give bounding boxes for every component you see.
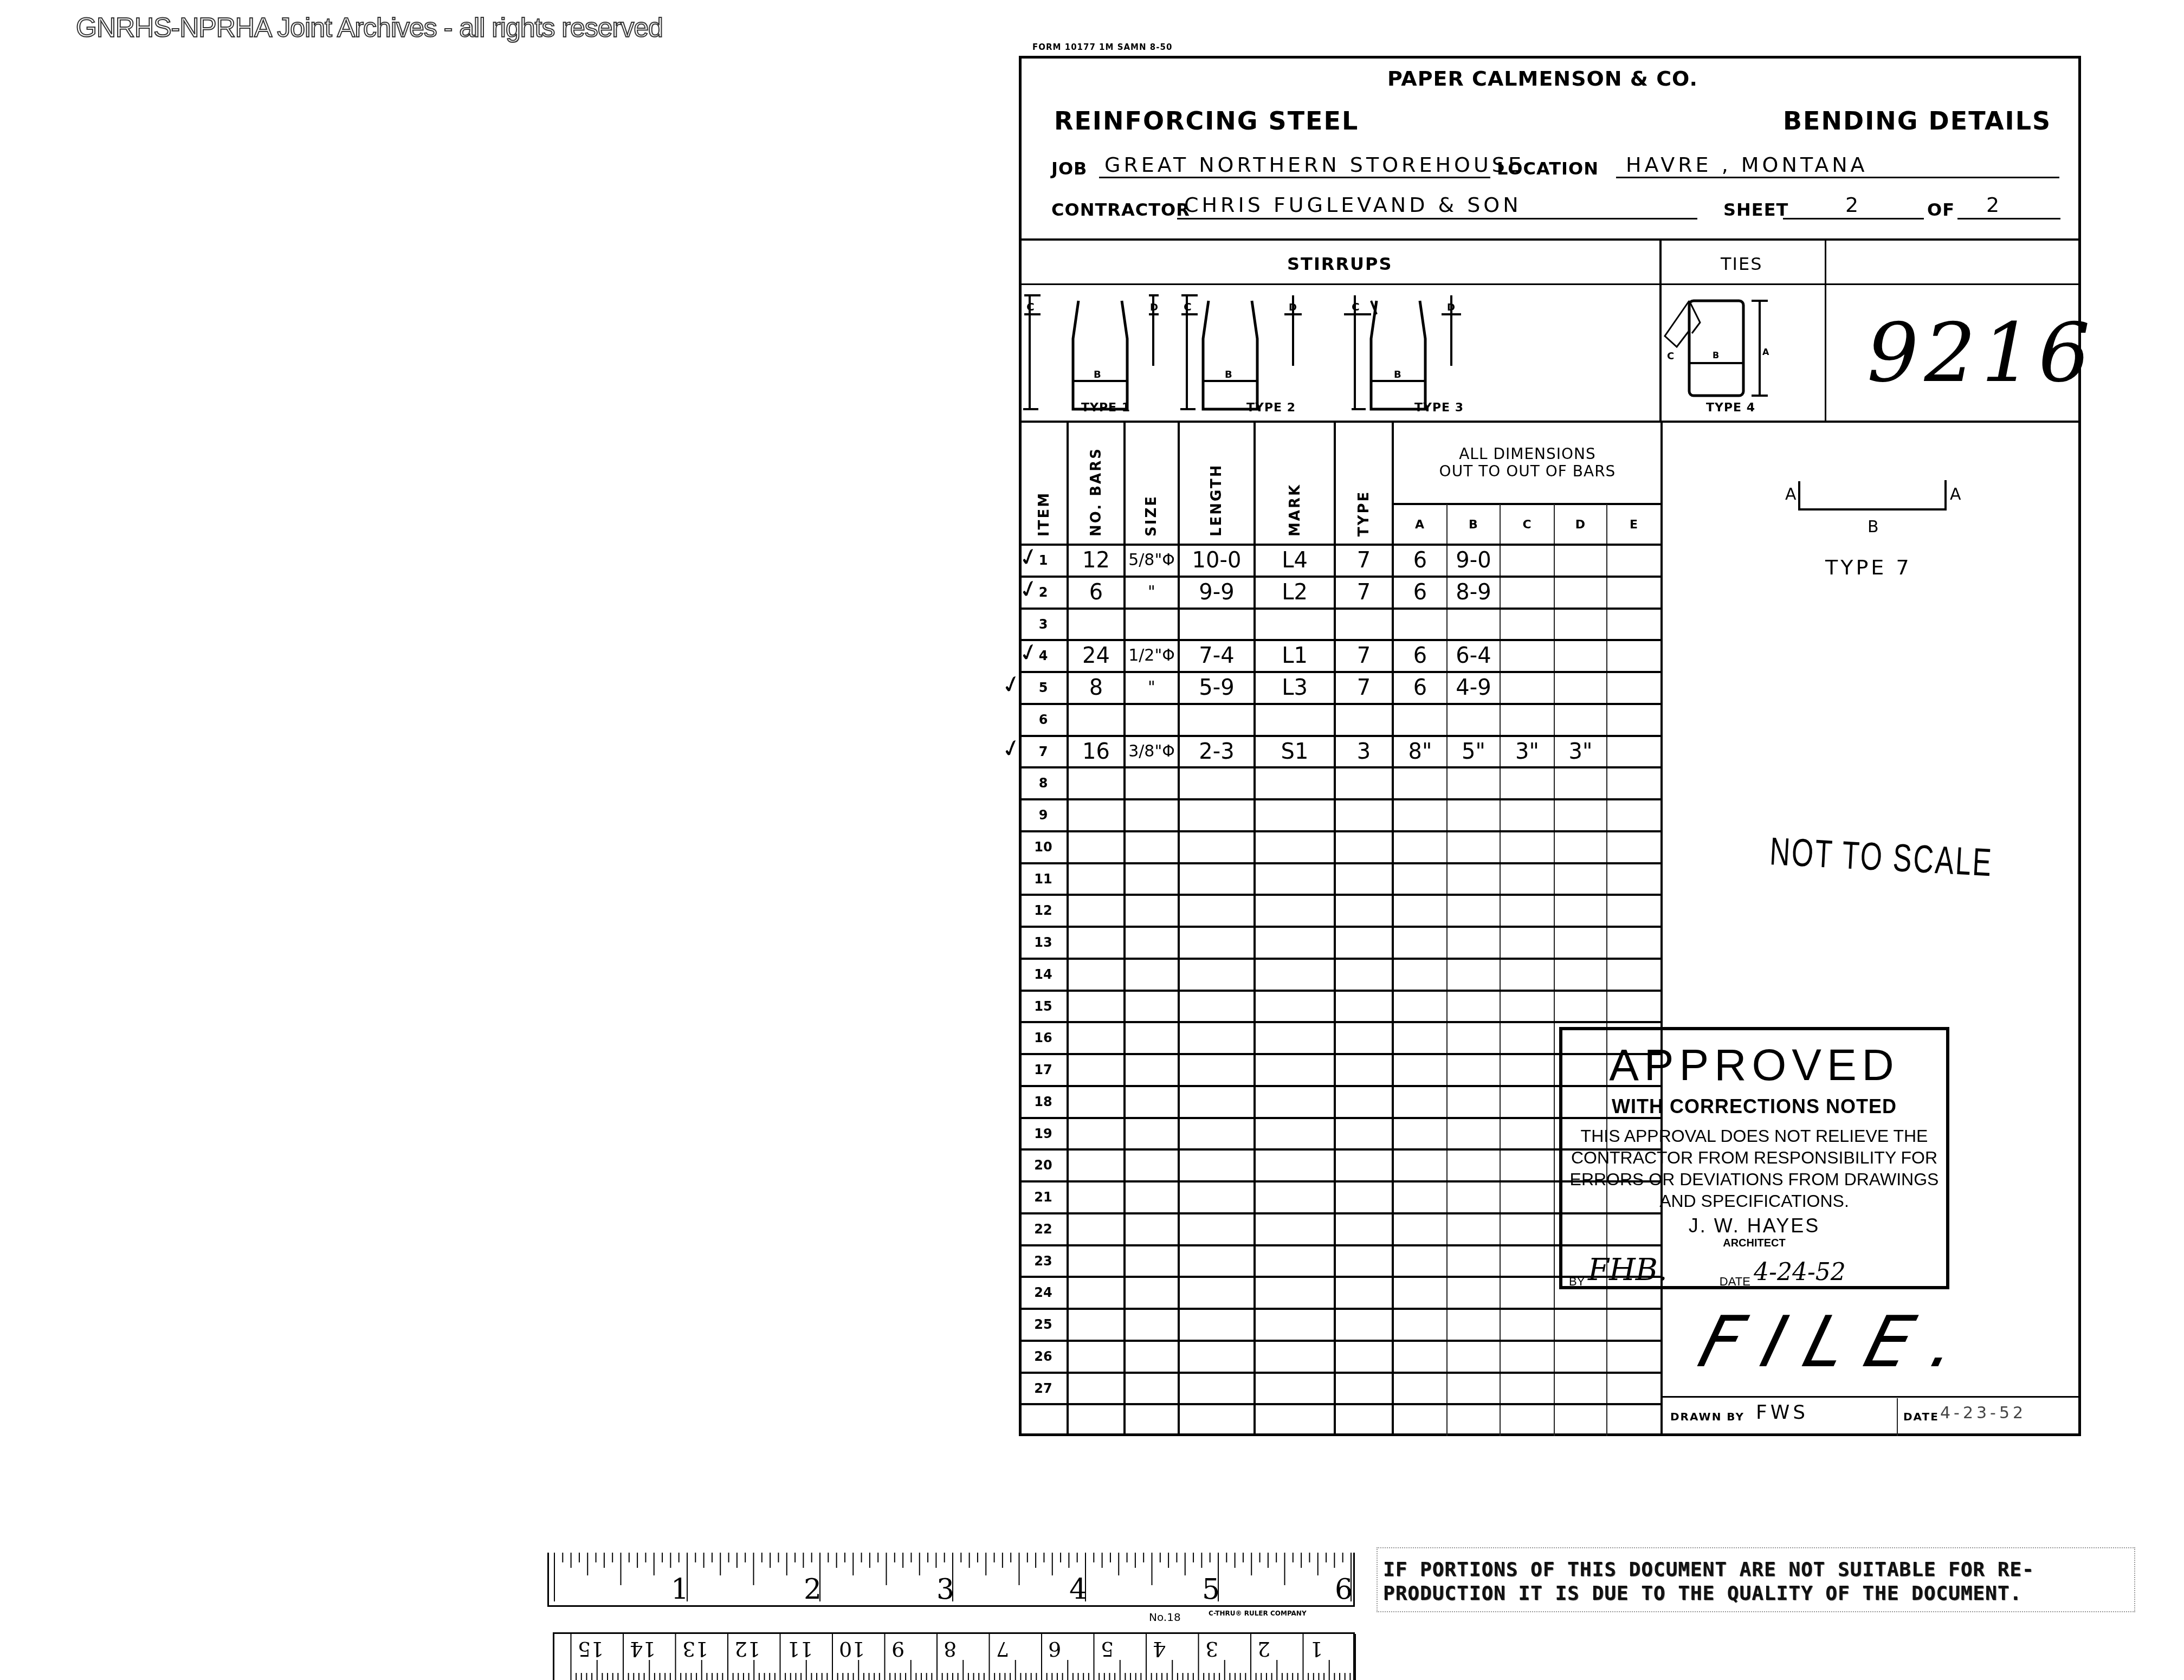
svg-text:A: A — [1950, 485, 1961, 504]
cell-length[interactable] — [1180, 609, 1253, 639]
cell-b[interactable]: 6-4 — [1448, 640, 1500, 671]
contractor-label: CONTRACTOR — [1051, 199, 1190, 220]
cell-bars[interactable] — [1069, 1054, 1123, 1085]
cell-b[interactable] — [1448, 895, 1500, 926]
cell-size[interactable]: 1/2"Φ — [1126, 640, 1178, 671]
cell-c[interactable] — [1501, 991, 1554, 1022]
cell-length[interactable] — [1180, 831, 1253, 862]
cell-b[interactable] — [1448, 863, 1500, 894]
cell-b[interactable] — [1448, 1054, 1500, 1085]
cell-d[interactable] — [1555, 609, 1606, 639]
cell-a[interactable] — [1394, 1054, 1446, 1085]
disclaimer-line: CONTRACTOR FROM RESPONSIBILITY FOR — [1562, 1147, 1946, 1168]
cell-c[interactable] — [1501, 1245, 1554, 1276]
cell-bars[interactable] — [1069, 1022, 1123, 1053]
cell-bars[interactable] — [1069, 767, 1123, 798]
archive-watermark: GNRHS-NPRHA Joint Archives - all rights … — [76, 12, 663, 43]
cell-item: 7 — [1020, 736, 1067, 767]
cell-b[interactable]: 8-9 — [1448, 577, 1500, 608]
cell-length[interactable] — [1180, 1054, 1253, 1085]
cell-b[interactable] — [1448, 1086, 1500, 1117]
cell-length[interactable] — [1180, 1022, 1253, 1053]
cell-e[interactable] — [1607, 1373, 1660, 1404]
cell-length[interactable] — [1180, 767, 1253, 798]
cell-item: 20 — [1020, 1149, 1067, 1180]
cell-type[interactable] — [1336, 1054, 1392, 1085]
cell-bars[interactable] — [1069, 609, 1123, 639]
cell-b[interactable] — [1448, 1309, 1500, 1340]
cell-e[interactable] — [1607, 831, 1660, 862]
cell-c[interactable] — [1501, 1022, 1554, 1053]
cell-d[interactable] — [1555, 1309, 1606, 1340]
cell-type[interactable]: 7 — [1336, 545, 1392, 576]
cell-length[interactable] — [1180, 927, 1253, 958]
cell-a[interactable] — [1394, 1341, 1446, 1372]
cell-mark[interactable] — [1256, 799, 1334, 830]
cell-bars[interactable]: 16 — [1069, 736, 1123, 767]
cell-a[interactable] — [1394, 1213, 1446, 1244]
cell-e[interactable] — [1607, 1404, 1660, 1435]
cell-b[interactable] — [1448, 767, 1500, 798]
cell-c[interactable] — [1501, 577, 1554, 608]
cell-length[interactable] — [1180, 1404, 1253, 1435]
cell-size[interactable] — [1126, 863, 1178, 894]
cell-type[interactable] — [1336, 927, 1392, 958]
cell-bars[interactable] — [1069, 1181, 1123, 1212]
cell-a[interactable] — [1394, 1404, 1446, 1435]
cell-e[interactable] — [1607, 672, 1660, 703]
cell-type[interactable] — [1336, 1341, 1392, 1372]
cell-size[interactable] — [1126, 1054, 1178, 1085]
cell-e[interactable] — [1607, 799, 1660, 830]
cell-b[interactable] — [1448, 799, 1500, 830]
cell-bars[interactable]: 12 — [1069, 545, 1123, 576]
stirrup-type-1-diagram: C B D — [1019, 285, 1181, 420]
cell-type[interactable] — [1336, 1373, 1392, 1404]
cell-b[interactable]: 5" — [1448, 736, 1500, 767]
cell-bars[interactable] — [1069, 1309, 1123, 1340]
cell-length[interactable]: 7-4 — [1180, 640, 1253, 671]
cell-bars[interactable]: 24 — [1069, 640, 1123, 671]
approved-title: APPROVED — [1562, 1040, 1946, 1091]
cell-b[interactable]: 9-0 — [1448, 545, 1500, 576]
cell-mark[interactable] — [1256, 1181, 1334, 1212]
cell-type[interactable] — [1336, 991, 1392, 1022]
cell-bars[interactable] — [1069, 991, 1123, 1022]
svg-text:D: D — [1150, 302, 1158, 313]
location-field[interactable]: HAVRE , MONTANA — [1626, 153, 1868, 177]
cell-mark[interactable] — [1256, 863, 1334, 894]
cell-length[interactable] — [1180, 1149, 1253, 1180]
cell-size[interactable] — [1126, 1309, 1178, 1340]
cell-type[interactable] — [1336, 704, 1392, 735]
architect-title: ARCHITECT — [1562, 1237, 1946, 1250]
cell-d[interactable] — [1555, 831, 1606, 862]
cell-b[interactable] — [1448, 1277, 1500, 1308]
cell-c[interactable] — [1501, 799, 1554, 830]
cell-type[interactable]: 7 — [1336, 577, 1392, 608]
by-label: BY — [1569, 1275, 1585, 1288]
cell-c[interactable] — [1501, 1277, 1554, 1308]
cell-size[interactable] — [1126, 1341, 1178, 1372]
cell-c[interactable] — [1501, 959, 1554, 990]
ruler-model: No.18 — [1149, 1611, 1181, 1624]
cell-mark[interactable]: L2 — [1256, 577, 1334, 608]
cell-length[interactable] — [1180, 1213, 1253, 1244]
cell-b[interactable] — [1448, 1213, 1500, 1244]
cell-bars[interactable]: 6 — [1069, 577, 1123, 608]
cell-size[interactable]: 3/8"Φ — [1126, 736, 1178, 767]
cell-size[interactable]: 5/8"Φ — [1126, 545, 1178, 576]
cell-a[interactable] — [1394, 1118, 1446, 1149]
cell-length[interactable]: 10-0 — [1180, 545, 1253, 576]
cell-size[interactable] — [1126, 767, 1178, 798]
cell-a[interactable] — [1394, 927, 1446, 958]
cell-d[interactable] — [1555, 799, 1606, 830]
cell-type[interactable]: 7 — [1336, 640, 1392, 671]
cell-a[interactable] — [1394, 1309, 1446, 1340]
cell-a[interactable] — [1394, 609, 1446, 639]
cell-type[interactable] — [1336, 959, 1392, 990]
cell-length[interactable] — [1180, 1373, 1253, 1404]
cell-c[interactable] — [1501, 767, 1554, 798]
cell-mark[interactable] — [1256, 1309, 1334, 1340]
cell-c[interactable] — [1501, 640, 1554, 671]
cell-size[interactable] — [1126, 1149, 1178, 1180]
svg-text:B: B — [1713, 350, 1719, 360]
cell-size[interactable] — [1126, 704, 1178, 735]
cell-a[interactable] — [1394, 1181, 1446, 1212]
cell-e[interactable] — [1607, 640, 1660, 671]
cell-d[interactable] — [1555, 1404, 1606, 1435]
cell-c[interactable] — [1501, 927, 1554, 958]
cell-bars[interactable] — [1069, 1404, 1123, 1435]
cell-a[interactable] — [1394, 1277, 1446, 1308]
cell-c[interactable] — [1501, 704, 1554, 735]
cell-e[interactable] — [1607, 545, 1660, 576]
cell-length[interactable]: 5-9 — [1180, 672, 1253, 703]
cell-mark[interactable] — [1256, 927, 1334, 958]
cell-bars[interactable] — [1069, 927, 1123, 958]
cell-e[interactable] — [1607, 1341, 1660, 1372]
cell-type[interactable] — [1336, 1404, 1392, 1435]
cell-type[interactable] — [1336, 895, 1392, 926]
cell-b[interactable] — [1448, 1404, 1500, 1435]
cell-b[interactable] — [1448, 609, 1500, 639]
cell-bars[interactable] — [1069, 1086, 1123, 1117]
cell-d[interactable] — [1555, 545, 1606, 576]
cell-e[interactable] — [1607, 609, 1660, 639]
cell-d[interactable]: 3" — [1555, 736, 1606, 767]
cell-d[interactable] — [1555, 927, 1606, 958]
cell-e[interactable] — [1607, 959, 1660, 990]
cell-size[interactable] — [1126, 1213, 1178, 1244]
cell-length[interactable] — [1180, 1277, 1253, 1308]
cell-d[interactable] — [1555, 577, 1606, 608]
cell-a[interactable] — [1394, 895, 1446, 926]
cell-type[interactable] — [1336, 1086, 1392, 1117]
cell-a[interactable]: 6 — [1394, 545, 1446, 576]
cell-b[interactable] — [1448, 959, 1500, 990]
cell-size[interactable]: " — [1126, 577, 1178, 608]
cell-type[interactable] — [1336, 1213, 1392, 1244]
cell-b[interactable]: 4-9 — [1448, 672, 1500, 703]
cell-type[interactable] — [1336, 609, 1392, 639]
cell-d[interactable] — [1555, 991, 1606, 1022]
cell-item — [1020, 1404, 1067, 1435]
cell-e[interactable] — [1607, 991, 1660, 1022]
cell-length[interactable]: 2-3 — [1180, 736, 1253, 767]
cell-e[interactable] — [1607, 767, 1660, 798]
cell-bars[interactable] — [1069, 1149, 1123, 1180]
cell-c[interactable] — [1501, 1373, 1554, 1404]
cell-type[interactable]: 3 — [1336, 736, 1392, 767]
cell-length[interactable] — [1180, 991, 1253, 1022]
cell-e[interactable] — [1607, 895, 1660, 926]
svg-text:B: B — [1868, 518, 1879, 537]
cell-d[interactable] — [1555, 672, 1606, 703]
cell-bars[interactable] — [1069, 959, 1123, 990]
cell-c[interactable] — [1501, 545, 1554, 576]
drawn-date-label: DATE — [1903, 1410, 1939, 1423]
cell-length[interactable] — [1180, 1181, 1253, 1212]
cell-a[interactable]: 6 — [1394, 640, 1446, 671]
cell-type[interactable] — [1336, 1022, 1392, 1053]
cell-size[interactable] — [1126, 1181, 1178, 1212]
cell-c[interactable] — [1501, 1309, 1554, 1340]
cell-mark[interactable] — [1256, 1149, 1334, 1180]
cell-mark[interactable] — [1256, 1373, 1334, 1404]
contractor-field[interactable]: CHRIS FUGLEVAND & SON — [1184, 193, 1522, 217]
cell-b[interactable] — [1448, 1022, 1500, 1053]
cell-b[interactable] — [1448, 1373, 1500, 1404]
cell-type[interactable] — [1336, 1118, 1392, 1149]
cell-a[interactable] — [1394, 863, 1446, 894]
cell-c[interactable] — [1501, 1404, 1554, 1435]
cell-b[interactable] — [1448, 927, 1500, 958]
cell-a[interactable] — [1394, 1373, 1446, 1404]
type-4-label: TYPE 4 — [1706, 401, 1755, 415]
cell-mark[interactable] — [1256, 1118, 1334, 1149]
cell-a[interactable] — [1394, 1245, 1446, 1276]
cell-size[interactable] — [1126, 1277, 1178, 1308]
type-7-sketch: A A B — [1772, 477, 1967, 542]
cell-bars[interactable] — [1069, 1277, 1123, 1308]
cell-mark[interactable] — [1256, 1022, 1334, 1053]
cell-a[interactable] — [1394, 767, 1446, 798]
cell-mark[interactable] — [1256, 1404, 1334, 1435]
cell-length[interactable] — [1180, 895, 1253, 926]
cell-size[interactable] — [1126, 609, 1178, 639]
cell-mark[interactable] — [1256, 1245, 1334, 1276]
cell-mark[interactable] — [1256, 609, 1334, 639]
cell-size[interactable] — [1126, 927, 1178, 958]
cell-d[interactable] — [1555, 895, 1606, 926]
cell-a[interactable] — [1394, 1149, 1446, 1180]
cell-size[interactable] — [1126, 1245, 1178, 1276]
cell-b[interactable] — [1448, 1149, 1500, 1180]
cell-b[interactable] — [1448, 1181, 1500, 1212]
cell-bars[interactable] — [1069, 1245, 1123, 1276]
cell-b[interactable] — [1448, 1341, 1500, 1372]
cell-c[interactable] — [1501, 1181, 1554, 1212]
cell-type[interactable] — [1336, 1277, 1392, 1308]
cell-type[interactable] — [1336, 767, 1392, 798]
job-field[interactable]: GREAT NORTHERN STOREHOUSE — [1104, 153, 1524, 177]
cell-c[interactable] — [1501, 1149, 1554, 1180]
disclaimer-line: AND SPECIFICATIONS. — [1562, 1190, 1946, 1212]
cell-type[interactable]: 7 — [1336, 672, 1392, 703]
cell-c[interactable] — [1501, 1118, 1554, 1149]
cell-size[interactable] — [1126, 1373, 1178, 1404]
cell-mark[interactable] — [1256, 991, 1334, 1022]
cell-c[interactable] — [1501, 831, 1554, 862]
svg-text:C: C — [1667, 351, 1674, 362]
cell-type[interactable] — [1336, 1309, 1392, 1340]
cell-mark[interactable]: L3 — [1256, 672, 1334, 703]
cell-length[interactable] — [1180, 799, 1253, 830]
cell-c[interactable] — [1501, 1086, 1554, 1117]
cell-mark[interactable] — [1256, 1341, 1334, 1372]
sheet-total-field[interactable]: 2 — [1986, 193, 2002, 217]
cell-length[interactable]: 9-9 — [1180, 577, 1253, 608]
cell-size[interactable] — [1126, 1404, 1178, 1435]
cell-size[interactable] — [1126, 991, 1178, 1022]
cell-d[interactable] — [1555, 1373, 1606, 1404]
cell-e[interactable] — [1607, 577, 1660, 608]
cell-c[interactable] — [1501, 609, 1554, 639]
cell-a[interactable] — [1394, 991, 1446, 1022]
cell-d[interactable] — [1555, 704, 1606, 735]
cell-d[interactable] — [1555, 767, 1606, 798]
inch-label: 5 — [1202, 1573, 1220, 1606]
cell-a[interactable]: 8" — [1394, 736, 1446, 767]
cell-e[interactable] — [1607, 927, 1660, 958]
cell-e[interactable] — [1607, 863, 1660, 894]
cell-a[interactable] — [1394, 799, 1446, 830]
cell-bars[interactable] — [1069, 1373, 1123, 1404]
cell-bars[interactable] — [1069, 831, 1123, 862]
cell-length[interactable] — [1180, 1118, 1253, 1149]
cell-size[interactable] — [1126, 1086, 1178, 1117]
cell-size[interactable] — [1126, 959, 1178, 990]
cell-mark[interactable] — [1256, 895, 1334, 926]
cell-size[interactable]: " — [1126, 672, 1178, 703]
cell-mark[interactable] — [1256, 704, 1334, 735]
cell-length[interactable] — [1180, 863, 1253, 894]
cm-label: 12 — [734, 1637, 760, 1661]
cell-mark[interactable]: S1 — [1256, 736, 1334, 767]
drawn-date: 4-23-52 — [1940, 1404, 2026, 1423]
cell-item: 12 — [1020, 895, 1067, 926]
cell-bars[interactable] — [1069, 704, 1123, 735]
cell-bars[interactable] — [1069, 863, 1123, 894]
cell-length[interactable] — [1180, 1309, 1253, 1340]
cell-a[interactable] — [1394, 1086, 1446, 1117]
cell-type[interactable] — [1336, 1149, 1392, 1180]
approved-disclaimer: THIS APPROVAL DOES NOT RELIEVE THE CONTR… — [1562, 1125, 1946, 1212]
cell-c[interactable] — [1501, 1054, 1554, 1085]
col-header-c: C — [1500, 505, 1554, 545]
cell-e[interactable] — [1607, 704, 1660, 735]
cell-c[interactable] — [1501, 1213, 1554, 1244]
cell-item: 16 — [1020, 1022, 1067, 1053]
cell-mark[interactable] — [1256, 1277, 1334, 1308]
form-title-right: BENDING DETAILS — [1783, 106, 2051, 135]
cell-c[interactable] — [1501, 863, 1554, 894]
cell-mark[interactable] — [1256, 1054, 1334, 1085]
cell-mark[interactable] — [1256, 831, 1334, 862]
cell-b[interactable] — [1448, 1118, 1500, 1149]
cell-a[interactable]: 6 — [1394, 577, 1446, 608]
cm-label: 1 — [1310, 1637, 1323, 1661]
cell-c[interactable]: 3" — [1501, 736, 1554, 767]
cell-bars[interactable] — [1069, 1118, 1123, 1149]
cell-size[interactable] — [1126, 1022, 1178, 1053]
cell-a[interactable] — [1394, 959, 1446, 990]
cell-length[interactable] — [1180, 959, 1253, 990]
cell-bars[interactable] — [1069, 895, 1123, 926]
col-header-mark: MARK — [1287, 483, 1303, 537]
cell-c[interactable] — [1501, 672, 1554, 703]
cell-length[interactable] — [1180, 704, 1253, 735]
cell-bars[interactable] — [1069, 1213, 1123, 1244]
cell-length[interactable] — [1180, 1341, 1253, 1372]
cell-bars[interactable] — [1069, 799, 1123, 830]
cell-d[interactable] — [1555, 959, 1606, 990]
cell-d[interactable] — [1555, 1341, 1606, 1372]
cell-b[interactable] — [1448, 704, 1500, 735]
cell-c[interactable] — [1501, 1341, 1554, 1372]
cell-e[interactable] — [1607, 736, 1660, 767]
cell-type[interactable] — [1336, 799, 1392, 830]
cell-type[interactable] — [1336, 1181, 1392, 1212]
cell-type[interactable] — [1336, 863, 1392, 894]
cell-size[interactable] — [1126, 831, 1178, 862]
cell-size[interactable] — [1126, 799, 1178, 830]
cell-d[interactable] — [1555, 863, 1606, 894]
cell-bars[interactable]: 8 — [1069, 672, 1123, 703]
cell-mark[interactable] — [1256, 1086, 1334, 1117]
cell-b[interactable] — [1448, 831, 1500, 862]
cell-item: 14 — [1020, 959, 1067, 990]
inch-label: 1 — [671, 1573, 689, 1606]
cell-bars[interactable] — [1069, 1341, 1123, 1372]
cell-mark[interactable] — [1256, 1213, 1334, 1244]
cell-e[interactable] — [1607, 1309, 1660, 1340]
cell-a[interactable] — [1394, 1022, 1446, 1053]
cell-mark[interactable] — [1256, 767, 1334, 798]
cell-length[interactable] — [1180, 1086, 1253, 1117]
cell-a[interactable] — [1394, 704, 1446, 735]
cell-b[interactable] — [1448, 991, 1500, 1022]
cell-a[interactable] — [1394, 831, 1446, 862]
cell-size[interactable] — [1126, 895, 1178, 926]
cell-length[interactable] — [1180, 1245, 1253, 1276]
cell-c[interactable] — [1501, 895, 1554, 926]
cell-b[interactable] — [1448, 1245, 1500, 1276]
cell-d[interactable] — [1555, 640, 1606, 671]
cell-type[interactable] — [1336, 831, 1392, 862]
cell-mark[interactable]: L4 — [1256, 545, 1334, 576]
cell-item: 17 — [1020, 1054, 1067, 1085]
cell-mark[interactable] — [1256, 959, 1334, 990]
cell-mark[interactable]: L1 — [1256, 640, 1334, 671]
cell-type[interactable] — [1336, 1245, 1392, 1276]
sheet-number-field[interactable]: 2 — [1845, 193, 1862, 217]
cell-size[interactable] — [1126, 1118, 1178, 1149]
cell-a[interactable]: 6 — [1394, 672, 1446, 703]
